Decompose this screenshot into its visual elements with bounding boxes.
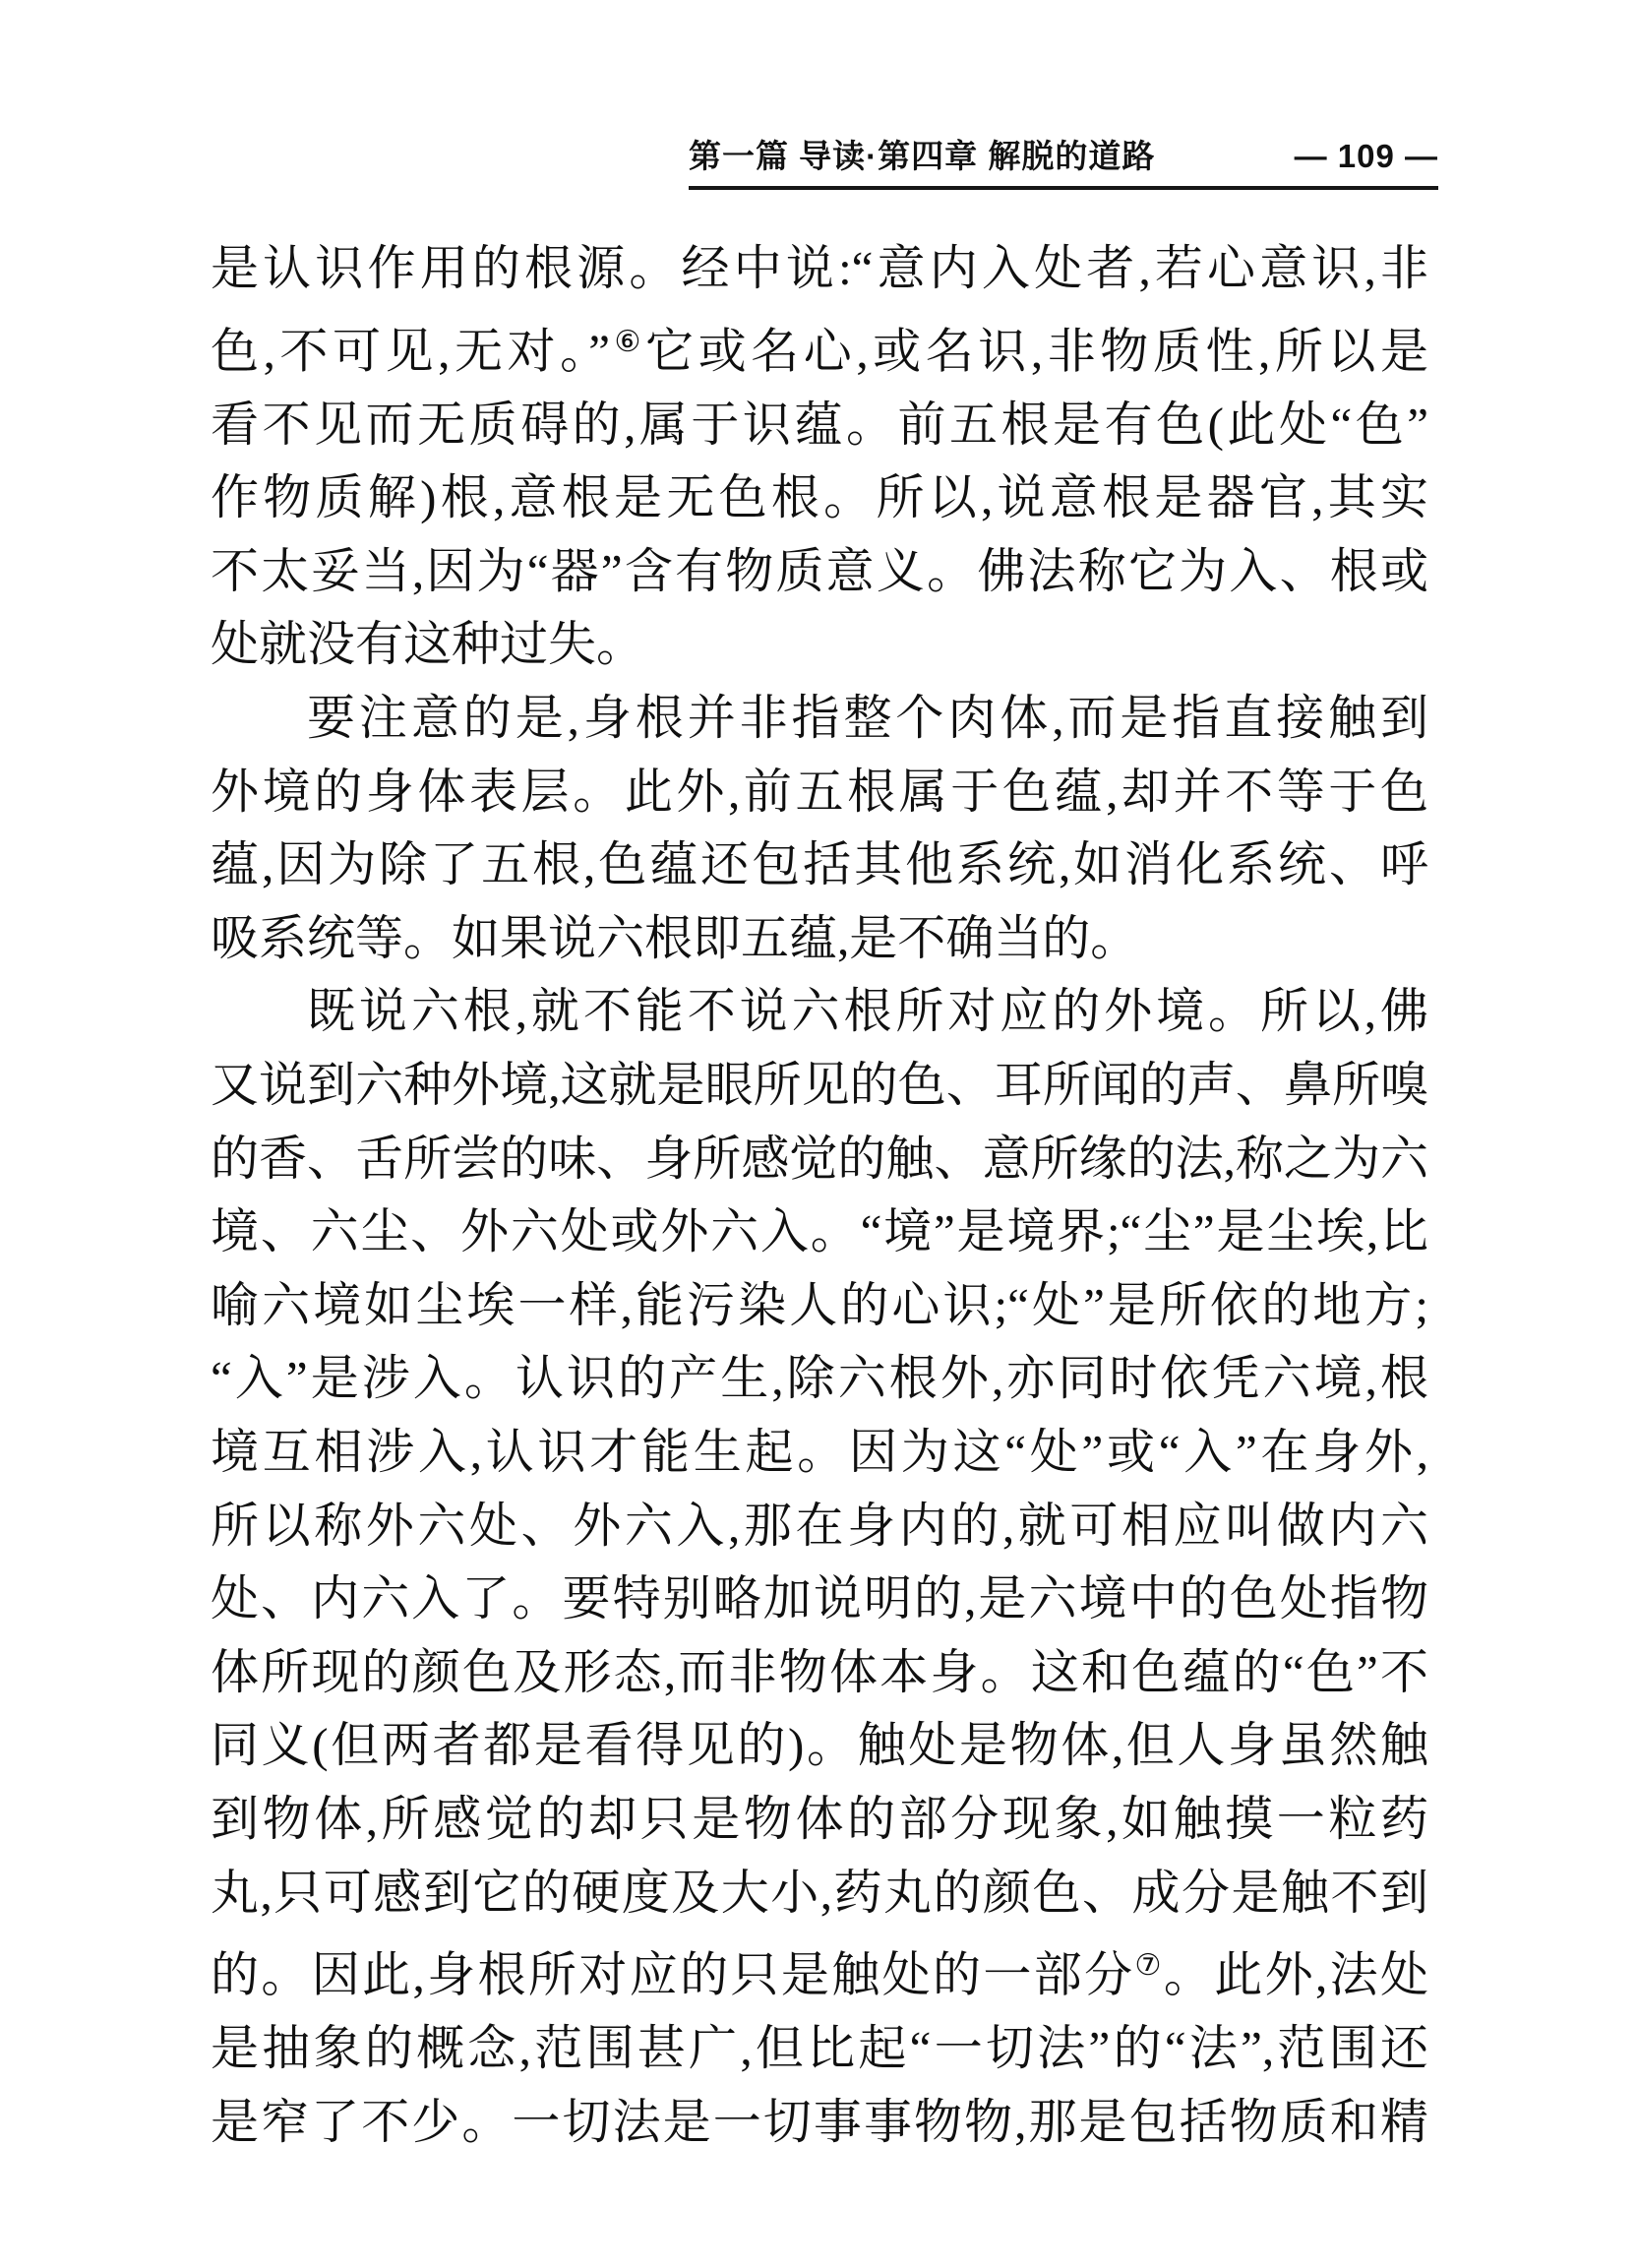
header-chapter-title: 第一篇 导读·第四章 解脱的道路 — [689, 131, 1155, 177]
text-segment: 外境的身体表层。此外,前五根属于色蕴,却并不等于色 — [211, 765, 1428, 819]
text-segment: 处就没有这种过失。 — [211, 617, 644, 671]
text-segment: 吸系统等。如果说六根即五蕴,是不确当的。 — [211, 911, 1138, 965]
text-line: 既说六根,就不能不说六根所对应的外境。所以,佛 — [211, 975, 1428, 1049]
text-line: 是认识作用的根源。经中说:“意内入处者,若心意识,非 — [211, 232, 1428, 306]
text-line: 喻六境如尘埃一样,能污染人的心识;“处”是所依的地方; — [211, 1269, 1428, 1343]
text-segment: “入”是涉入。认识的产生,除六根外,亦同时依凭六境,根 — [211, 1351, 1428, 1405]
text-line: 看不见而无质碍的,属于识蕴。前五根是有色(此处“色” — [211, 389, 1428, 462]
text-segment: 又说到六种外境,这就是眼所见的色、耳所闻的声、鼻所嗅 — [211, 1058, 1428, 1112]
text-line: 外境的身体表层。此外,前五根属于色蕴,却并不等于色 — [211, 756, 1428, 829]
text-line: 的。因此,身根所对应的只是触处的一部分⑦。此外,法处 — [211, 1930, 1428, 2012]
text-segment: 同义(但两者都是看得见的)。触处是物体,但人身虽然触 — [211, 1718, 1428, 1772]
text-segment: 的。因此,身根所对应的只是触处的一部分 — [211, 1948, 1135, 2002]
text-line: 同义(但两者都是看得见的)。触处是物体,但人身虽然触 — [211, 1709, 1428, 1783]
text-segment: 所以称外六处、外六入,那在身内的,就可相应叫做内六 — [211, 1499, 1428, 1553]
footnote-ref-6: ⑥ — [610, 326, 645, 358]
text-line: “入”是涉入。认识的产生,除六根外,亦同时依凭六境,根 — [211, 1342, 1428, 1416]
text-segment: 蕴,因为除了五根,色蕴还包括其他系统,如消化系统、呼 — [211, 837, 1428, 891]
text-line: 境互相涉入,认识才能生起。因为这“处”或“入”在身外, — [211, 1416, 1428, 1490]
text-segment: 体所现的颜色及形态,而非物体本身。这和色蕴的“色”不 — [211, 1645, 1428, 1699]
text-segment: 作物质解)根,意根是无色根。所以,说意根是器官,其实 — [211, 470, 1428, 524]
text-segment: 是认识作用的根源。经中说:“意内入处者,若心意识,非 — [211, 241, 1428, 295]
text-line: 又说到六种外境,这就是眼所见的色、耳所闻的声、鼻所嗅 — [211, 1049, 1428, 1123]
text-segment: 丸,只可感到它的硬度及大小,药丸的颜色、成分是触不到 — [211, 1866, 1428, 1920]
text-line: 体所现的颜色及形态,而非物体本身。这和色蕴的“色”不 — [211, 1636, 1428, 1710]
text-segment: 喻六境如尘埃一样,能污染人的心识;“处”是所依的地方; — [211, 1278, 1428, 1332]
footnote-ref-7: ⑦ — [1135, 1949, 1164, 1982]
body-text: 是认识作用的根源。经中说:“意内入处者,若心意识,非色,不可见,无对。”⑥它或名… — [211, 232, 1428, 2159]
text-line: 要注意的是,身根并非指整个肉体,而是指直接触到 — [211, 682, 1428, 756]
text-line: 丸,只可感到它的硬度及大小,药丸的颜色、成分是触不到 — [211, 1857, 1428, 1931]
header-page-number: — 109 — — [1295, 138, 1438, 175]
text-line: 吸系统等。如果说六根即五蕴,是不确当的。 — [211, 902, 1428, 976]
text-segment: 既说六根,就不能不说六根所对应的外境。所以,佛 — [307, 984, 1428, 1038]
text-line: 所以称外六处、外六入,那在身内的,就可相应叫做内六 — [211, 1490, 1428, 1563]
text-line: 是窄了不少。一切法是一切事事物物,那是包括物质和精 — [211, 2086, 1428, 2160]
text-segment: 境、六尘、外六处或外六入。“境”是境界;“尘”是尘埃,比 — [211, 1204, 1428, 1258]
running-header: 第一篇 导读·第四章 解脱的道路 — 109 — — [689, 131, 1438, 190]
text-line: 作物质解)根,意根是无色根。所以,说意根是器官,其实 — [211, 461, 1428, 535]
text-segment: 要注意的是,身根并非指整个肉体,而是指直接触到 — [307, 691, 1428, 745]
text-segment: 是窄了不少。一切法是一切事事物物,那是包括物质和精 — [211, 2095, 1428, 2149]
text-segment: 境互相涉入,认识才能生起。因为这“处”或“入”在身外, — [211, 1425, 1428, 1479]
text-segment: 的香、舌所尝的味、身所感觉的触、意所缘的法,称之为六 — [211, 1132, 1428, 1186]
text-line: 处、内六入了。要特别略加说明的,是六境中的色处指物 — [211, 1563, 1428, 1636]
text-segment: 它或名心,或名识,非物质性,所以是 — [645, 324, 1428, 378]
text-segment: 是抽象的概念,范围甚广,但比起“一切法”的“法”,范围还 — [211, 2021, 1428, 2075]
text-segment: 看不见而无质碍的,属于识蕴。前五根是有色(此处“色” — [211, 398, 1428, 452]
text-segment: 到物体,所感觉的却只是物体的部分现象,如触摸一粒药 — [211, 1792, 1428, 1846]
text-line: 处就没有这种过失。 — [211, 608, 1428, 682]
text-line: 境、六尘、外六处或外六入。“境”是境界;“尘”是尘埃,比 — [211, 1195, 1428, 1269]
text-line: 蕴,因为除了五根,色蕴还包括其他系统,如消化系统、呼 — [211, 828, 1428, 902]
text-line: 是抽象的概念,范围甚广,但比起“一切法”的“法”,范围还 — [211, 2012, 1428, 2086]
text-segment: 。此外,法处 — [1164, 1948, 1428, 2002]
text-line: 不太妥当,因为“器”含有物质意义。佛法称它为入、根或 — [211, 535, 1428, 609]
book-page: 第一篇 导读·第四章 解脱的道路 — 109 — 是认识作用的根源。经中说:“意… — [0, 0, 1637, 2268]
text-segment: 色,不可见,无对。” — [211, 324, 610, 378]
text-line: 色,不可见,无对。”⑥它或名心,或名识,非物质性,所以是 — [211, 306, 1428, 389]
text-segment: 不太妥当,因为“器”含有物质意义。佛法称它为入、根或 — [211, 544, 1428, 598]
text-line: 到物体,所感觉的却只是物体的部分现象,如触摸一粒药 — [211, 1783, 1428, 1857]
text-segment: 处、内六入了。要特别略加说明的,是六境中的色处指物 — [211, 1571, 1428, 1625]
text-line: 的香、舌所尝的味、身所感觉的触、意所缘的法,称之为六 — [211, 1123, 1428, 1196]
